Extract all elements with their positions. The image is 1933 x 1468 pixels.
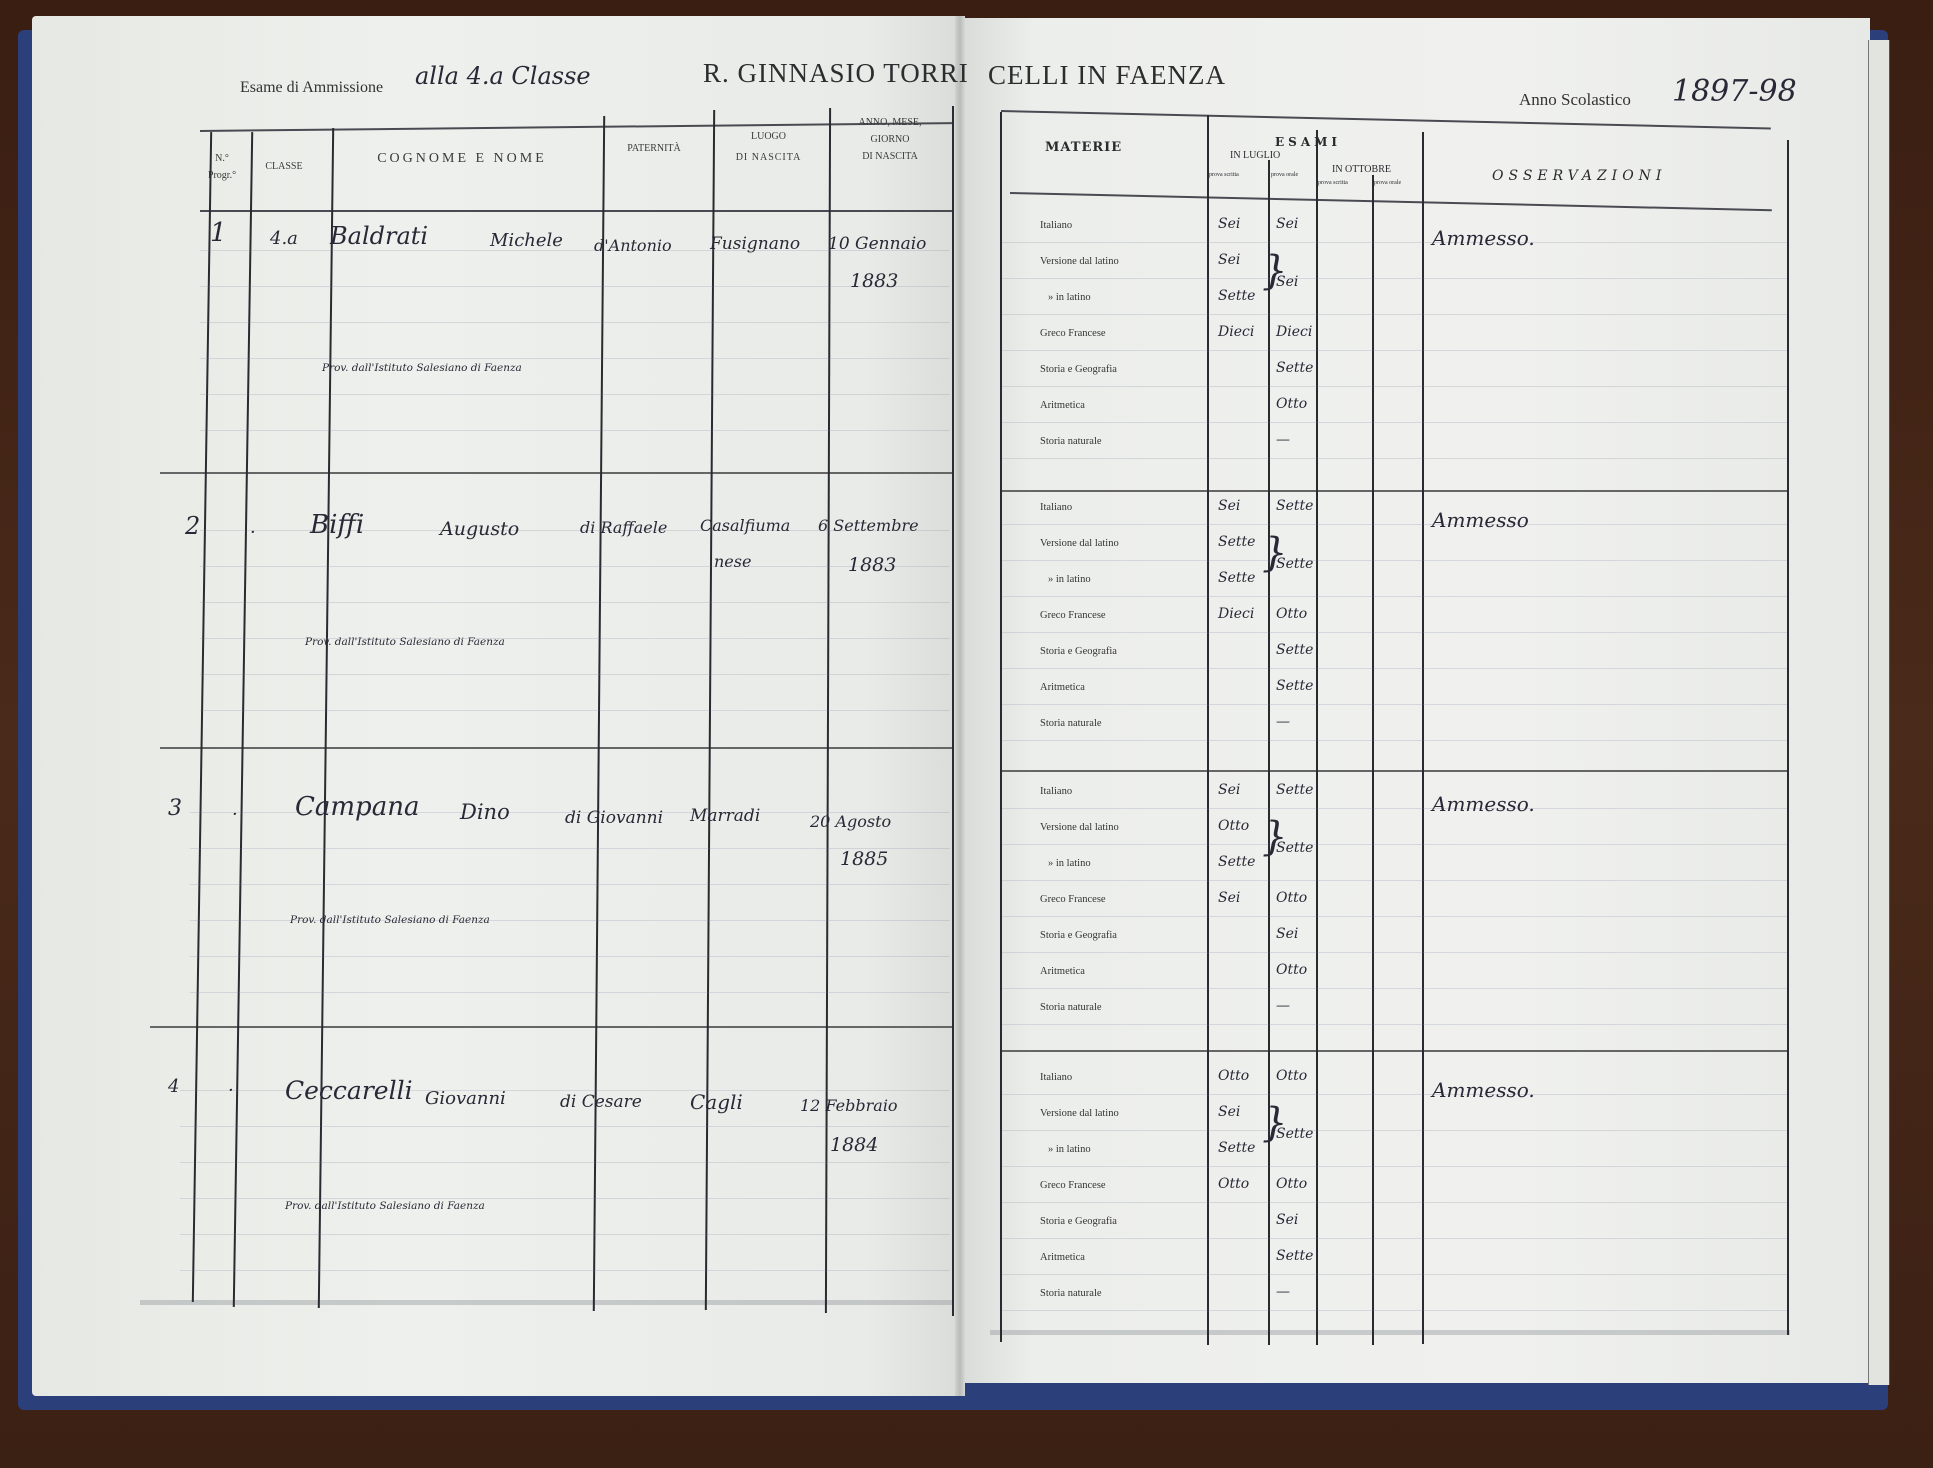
luglio-orale-header: prova orale — [1271, 172, 1298, 178]
grade-luglio-scritta: Sette — [1218, 534, 1255, 550]
esami-header: ESAMI — [1275, 135, 1341, 149]
entry-progr: 2 — [185, 512, 200, 540]
col-header-progr: N.° Progr.° — [203, 150, 241, 184]
grade-luglio-orale: Sette — [1276, 678, 1313, 694]
col-divider — [1787, 140, 1789, 1335]
subject-label: Aritmetica — [1040, 966, 1085, 977]
col-divider — [1316, 130, 1318, 1345]
subject-label: Storia e Geografia — [1040, 646, 1117, 657]
entry-data-year: 1885 — [840, 848, 888, 870]
grade-luglio-scritta: Sette — [1218, 854, 1255, 870]
subject-label: Greco Francese — [1040, 328, 1106, 339]
entry-data-line1: 10 Gennaio — [828, 234, 926, 254]
col-header-data: ANNO, MESE, GIORNO DI NASCITA — [829, 114, 951, 165]
entry-progr: 1 — [210, 218, 227, 248]
subject-label: Greco Francese — [1040, 1180, 1106, 1191]
subject-label: Versione dal latino — [1040, 256, 1119, 267]
latin-brace: } — [1262, 248, 1287, 294]
grade-luglio-scritta: Sei — [1218, 216, 1240, 232]
grade-luglio-orale: Sette — [1276, 782, 1313, 798]
subject-label: Storia e Geografia — [1040, 1216, 1117, 1227]
subject-label: Storia e Geografia — [1040, 930, 1117, 941]
entry-luogo: Cagli — [690, 1090, 743, 1114]
left-page — [32, 16, 960, 1396]
grade-luglio-orale: Otto — [1276, 396, 1307, 412]
subject-label: Italiano — [1040, 786, 1072, 797]
grade-luglio-orale: Otto — [1276, 890, 1307, 906]
subject-label: Storia naturale — [1040, 436, 1102, 447]
grade-luglio-scritta: Sei — [1218, 782, 1240, 798]
col-header-classe: CLASSE — [244, 158, 324, 175]
school-title-right: CELLI IN FAENZA — [988, 60, 1226, 91]
table-bottom-shadow — [140, 1300, 953, 1305]
entry-luogo: Fusignano — [710, 234, 800, 254]
grade-luglio-scritta: Sette — [1218, 288, 1255, 304]
entry-provenienza: Prov. dall'Istituto Salesiano di Faenza — [322, 362, 522, 374]
subject-label: » in latino — [1048, 1144, 1091, 1155]
entry-nome: Giovanni — [425, 1088, 506, 1109]
row-separator — [160, 747, 953, 749]
grade-luglio-scritta: Sette — [1218, 1140, 1255, 1156]
entry-data-line1: 12 Febbraio — [800, 1096, 898, 1115]
entry-classe: 4.a — [270, 228, 298, 249]
osservazioni-header: OSSERVAZIONI — [1492, 168, 1666, 184]
subject-label: Storia e Geografia — [1040, 364, 1117, 375]
school-title-left: R. GINNASIO TORRI — [703, 58, 969, 89]
grade-luglio-orale: Sei — [1276, 926, 1298, 942]
entry-cognome: Baldrati — [330, 222, 428, 250]
ottobre-scritta-header: prova scritta — [1318, 180, 1348, 186]
exam-label: Esame di Ammissione — [240, 79, 383, 97]
subject-label: Aritmetica — [1040, 400, 1085, 411]
right-page — [960, 18, 1870, 1383]
subject-label: Storia naturale — [1040, 1288, 1102, 1299]
row-separator — [1001, 490, 1787, 492]
grade-luglio-scritta: Dieci — [1218, 606, 1254, 622]
grade-luglio-orale: Sei — [1276, 1212, 1298, 1228]
entry-data-line1: 20 Agosto — [810, 812, 891, 831]
subject-label: Greco Francese — [1040, 610, 1106, 621]
col-header-luogo: LUOGO DI NASCITA — [711, 128, 826, 166]
grade-luglio-scritta: Dieci — [1218, 324, 1254, 340]
grade-luglio-orale: Otto — [1276, 606, 1307, 622]
entry-luogo: Marradi — [690, 806, 760, 826]
osservazioni-value: Ammesso. — [1432, 792, 1535, 816]
header-bottom-border — [200, 210, 953, 212]
entry-data-year: 1883 — [848, 554, 896, 576]
grade-luglio-orale: Dieci — [1276, 324, 1312, 340]
grade-luglio-scritta: Sei — [1218, 890, 1240, 906]
book-gutter — [955, 16, 965, 1396]
ottobre-orale-header: prova orale — [1374, 180, 1401, 186]
latin-brace: } — [1262, 1100, 1287, 1146]
row-separator — [1001, 1050, 1787, 1052]
entry-provenienza: Prov. dall'Istituto Salesiano di Faenza — [285, 1200, 485, 1212]
entry-cognome: Ceccarelli — [285, 1076, 413, 1105]
grade-luglio-orale: — — [1276, 714, 1290, 730]
grade-luglio-orale: Sette — [1276, 1248, 1313, 1264]
table-bottom-shadow — [990, 1330, 1790, 1335]
grade-luglio-scritta: Otto — [1218, 1176, 1249, 1192]
osservazioni-value: Ammesso. — [1432, 1078, 1535, 1102]
entry-paternita: di Giovanni — [565, 808, 663, 828]
entry-luogo-line2: nese — [714, 552, 751, 571]
grade-luglio-orale: Sette — [1276, 360, 1313, 376]
subject-label: » in latino — [1048, 574, 1091, 585]
materie-header: MATERIE — [1045, 140, 1122, 155]
exam-class-handwritten: alla 4.a Classe — [415, 62, 591, 90]
ottobre-header: IN OTTOBRE — [1332, 164, 1391, 175]
subject-label: Greco Francese — [1040, 894, 1106, 905]
entry-classe: · — [228, 1080, 234, 1101]
grade-luglio-orale: Sette — [1276, 498, 1313, 514]
grade-luglio-scritta: Sette — [1218, 570, 1255, 586]
entry-nome: Augusto — [440, 518, 519, 540]
grade-luglio-orale: — — [1276, 1284, 1290, 1300]
page-stack-edge — [1868, 40, 1890, 1385]
entry-provenienza: Prov. dall'Istituto Salesiano di Faenza — [305, 636, 505, 648]
col-divider — [1268, 160, 1270, 1345]
grade-luglio-scritta: Sei — [1218, 1104, 1240, 1120]
grade-luglio-scritta: Sei — [1218, 252, 1240, 268]
subject-label: Italiano — [1040, 220, 1072, 231]
grade-luglio-scritta: Otto — [1218, 1068, 1249, 1084]
entry-classe: · — [250, 522, 256, 543]
luglio-header: IN LUGLIO — [1230, 150, 1280, 161]
row-separator — [1001, 770, 1787, 772]
row-separator — [160, 472, 953, 474]
grade-luglio-scritta: Sei — [1218, 498, 1240, 514]
entry-classe: · — [232, 804, 238, 825]
osservazioni-value: Ammesso — [1432, 508, 1529, 532]
entry-data-year: 1884 — [830, 1134, 878, 1156]
grade-luglio-orale: — — [1276, 998, 1290, 1014]
osservazioni-value: Ammesso. — [1432, 226, 1535, 250]
entry-nome: Dino — [460, 800, 510, 824]
grade-luglio-orale: Sette — [1276, 642, 1313, 658]
col-header-paternita: PATERNITÀ — [600, 140, 708, 157]
subject-label: Storia naturale — [1040, 1002, 1102, 1013]
school-year-label: Anno Scolastico — [1519, 90, 1631, 110]
entry-cognome: Campana — [295, 792, 419, 822]
entry-paternita: di Raffaele — [580, 518, 667, 537]
subject-label: » in latino — [1048, 858, 1091, 869]
luglio-scritta-header: prova scritta — [1209, 172, 1239, 178]
entry-data-year: 1883 — [850, 270, 898, 292]
entry-paternita: d'Antonio — [594, 236, 672, 255]
entry-luogo-line1: Casalfiuma — [700, 516, 790, 535]
subject-label: Storia naturale — [1040, 718, 1102, 729]
grade-luglio-orale: — — [1276, 432, 1290, 448]
grade-luglio-orale: Otto — [1276, 1176, 1307, 1192]
col-divider — [1207, 115, 1209, 1345]
grade-luglio-orale: Sei — [1276, 216, 1298, 232]
entry-progr: 3 — [168, 796, 182, 821]
latin-brace: } — [1262, 814, 1287, 860]
entry-cognome: Biffi — [310, 510, 364, 540]
latin-brace: } — [1262, 530, 1287, 576]
col-divider — [1000, 112, 1002, 1342]
entry-progr: 4 — [168, 1076, 179, 1097]
col-divider — [952, 106, 954, 1316]
subject-label: Versione dal latino — [1040, 822, 1119, 833]
entry-provenienza: Prov. dall'Istituto Salesiano di Faenza — [290, 914, 490, 926]
subject-label: Italiano — [1040, 502, 1072, 513]
entry-nome: Michele — [490, 230, 563, 251]
grade-luglio-orale: Otto — [1276, 1068, 1307, 1084]
subject-label: Aritmetica — [1040, 682, 1085, 693]
col-header-nome: COGNOME E NOME — [327, 150, 597, 167]
subject-label: Aritmetica — [1040, 1252, 1085, 1263]
subject-label: » in latino — [1048, 292, 1091, 303]
subject-label: Italiano — [1040, 1072, 1072, 1083]
subject-label: Versione dal latino — [1040, 1108, 1119, 1119]
entry-data-line1: 6 Settembre — [818, 516, 919, 535]
entry-paternita: di Cesare — [560, 1092, 642, 1112]
row-separator — [150, 1026, 953, 1028]
grade-luglio-scritta: Otto — [1218, 818, 1249, 834]
grade-luglio-orale: Otto — [1276, 962, 1307, 978]
school-year-handwritten: 1897-98 — [1672, 74, 1797, 109]
subject-label: Versione dal latino — [1040, 538, 1119, 549]
